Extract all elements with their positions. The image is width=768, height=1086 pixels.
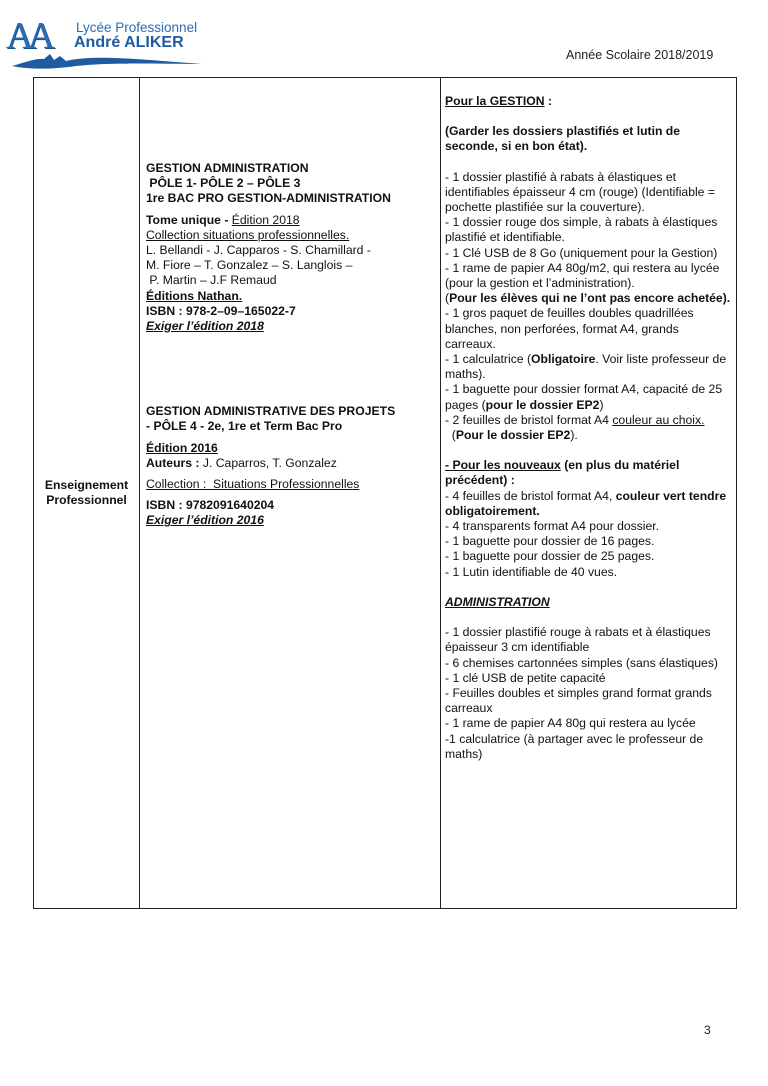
tome-label: Tome unique - — [146, 213, 232, 227]
book-1-collection: Collection situations professionnelles. — [146, 228, 434, 243]
supplies-table: Enseignement Professionnel GESTION ADMIN… — [33, 77, 737, 909]
item-text: ) — [599, 398, 603, 412]
books-cell: GESTION ADMINISTRATION PÔLE 1- PÔLE 2 – … — [140, 78, 441, 909]
book-2-author-names: J. Caparros, T. Gonzalez — [203, 456, 337, 470]
book-2-title-line: GESTION ADMINISTRATIVE DES PROJETS — [146, 404, 434, 419]
supply-item: - 1 Clé USB de 8 Go (uniquement pour la … — [445, 246, 732, 261]
item-text: ). — [570, 428, 577, 442]
book-1-author-line: L. Bellandi - J. Capparos - S. Chamillar… — [146, 243, 434, 258]
supply-item: - 1 Lutin identifiable de 40 vues. — [445, 565, 732, 580]
book-1-isbn: ISBN : 978-2–09–165022-7 — [146, 304, 434, 319]
gestion-heading: Pour la GESTION : — [445, 94, 732, 109]
book-1-title-line: PÔLE 1- PÔLE 2 – PÔLE 3 — [146, 176, 434, 191]
subject-line-1: Enseignement — [34, 478, 139, 493]
supply-item: - 1 baguette pour dossier de 16 pages. — [445, 534, 732, 549]
book-1-edition-line: Tome unique - Édition 2018 — [146, 213, 434, 228]
item-emphasis: Pour le dossier EP2 — [456, 428, 570, 442]
supply-item: - 4 feuilles de bristol format A4, coule… — [445, 489, 732, 519]
book-1-publisher: Éditions Nathan. — [146, 289, 434, 304]
book-2-title: GESTION ADMINISTRATIVE DES PROJETS - PÔL… — [146, 404, 434, 434]
supply-item: - 4 transparents format A4 pour dossier. — [445, 519, 732, 534]
book-1-edition: Édition 2018 — [232, 213, 300, 227]
book-2-title-line: - PÔLE 4 - 2e, 1re et Term Bac Pro — [146, 419, 434, 434]
supply-item: - 1 dossier plastifié rouge à rabats et … — [445, 625, 732, 655]
subject-cell: Enseignement Professionnel — [34, 78, 140, 909]
keep-note: (Garder les dossiers plastifiés et lutin… — [445, 124, 732, 154]
item-text: - 2 feuilles de bristol format A4 — [445, 413, 612, 427]
book-1: GESTION ADMINISTRATION PÔLE 1- PÔLE 2 – … — [146, 161, 434, 334]
subject-line-2: Professionnel — [34, 493, 139, 508]
supply-item: - 1 rame de papier A4 80g qui restera au… — [445, 716, 732, 731]
book-1-title-line: 1re BAC PRO GESTION-ADMINISTRATION — [146, 191, 434, 206]
note-text: Pour les élèves qui ne l’ont pas encore … — [449, 291, 730, 305]
gestion-heading-colon: : — [545, 94, 552, 108]
supply-item: - 6 chemises cartonnées simples (sans él… — [445, 656, 732, 671]
supply-item: - Feuilles doubles et simples grand form… — [445, 686, 732, 716]
book-2-isbn: ISBN : 9782091640204 — [146, 498, 434, 513]
school-logo: AA Lycée Professionnel André ALIKER — [6, 16, 206, 72]
logo-school-type: Lycée Professionnel — [76, 20, 197, 35]
supply-item: -1 calculatrice (à partager avec le prof… — [445, 732, 732, 762]
book-2-edition-requirement: Exiger l’édition 2016 — [146, 513, 434, 528]
gestion-heading-text: Pour la GESTION — [445, 94, 545, 108]
book-1-author-line: M. Fiore – T. Gonzalez – S. Langlois – — [146, 258, 434, 273]
supply-item: - 1 rame de papier A4 80g/m2, qui rester… — [445, 261, 732, 291]
supply-item: - 1 baguette pour dossier format A4, cap… — [445, 382, 732, 412]
book-2-collection: Collection : Situations Professionnelles — [146, 477, 434, 492]
supply-item: - 1 dossier rouge dos simple, à rabats à… — [445, 215, 732, 245]
item-text: - 4 feuilles de bristol format A4, — [445, 489, 616, 503]
supply-item: - 1 calculatrice (Obligatoire. Voir list… — [445, 352, 732, 382]
item-text: - 1 calculatrice ( — [445, 352, 531, 366]
new-students-heading-text: - Pour les nouveaux — [445, 458, 561, 472]
book-1-title: GESTION ADMINISTRATION PÔLE 1- PÔLE 2 – … — [146, 161, 434, 207]
book-2: GESTION ADMINISTRATIVE DES PROJETS - PÔL… — [146, 404, 434, 528]
book-1-title-line: GESTION ADMINISTRATION — [146, 161, 434, 176]
book-2-authors: Auteurs : J. Caparros, T. Gonzalez — [146, 456, 434, 471]
new-students-heading: - Pour les nouveaux (en plus du matériel… — [445, 458, 732, 488]
item-underlined: couleur au choix. — [612, 413, 704, 427]
supplies-cell: Pour la GESTION : (Garder les dossiers p… — [441, 78, 737, 909]
book-1-edition-requirement: Exiger l’édition 2018 — [146, 319, 434, 334]
supply-item: - 1 clé USB de petite capacité — [445, 671, 732, 686]
item-text: ( — [445, 428, 456, 442]
item-emphasis: Obligatoire — [531, 352, 595, 366]
table-row: Enseignement Professionnel GESTION ADMIN… — [34, 78, 737, 909]
page-number: 3 — [704, 1023, 711, 1037]
authors-label: Auteurs : — [146, 456, 203, 470]
supply-item: - 1 dossier plastifié à rabats à élastiq… — [445, 170, 732, 216]
book-1-author-line: P. Martin – J.F Remaud — [146, 273, 434, 288]
logo-monogram: AA — [6, 18, 49, 54]
admin-heading: ADMINISTRATION — [445, 595, 732, 610]
school-year: Année Scolaire 2018/2019 — [566, 48, 713, 62]
supply-item: - 1 baguette pour dossier de 25 pages. — [445, 549, 732, 564]
book-2-edition: Édition 2016 — [146, 441, 434, 456]
supply-item-note: (Pour les élèves qui ne l’ont pas encore… — [445, 291, 732, 306]
supply-item: - 2 feuilles de bristol format A4 couleu… — [445, 413, 732, 443]
wave-icon — [6, 50, 206, 72]
supply-item: - 1 gros paquet de feuilles doubles quad… — [445, 306, 732, 352]
item-emphasis: pour le dossier EP2 — [486, 398, 600, 412]
